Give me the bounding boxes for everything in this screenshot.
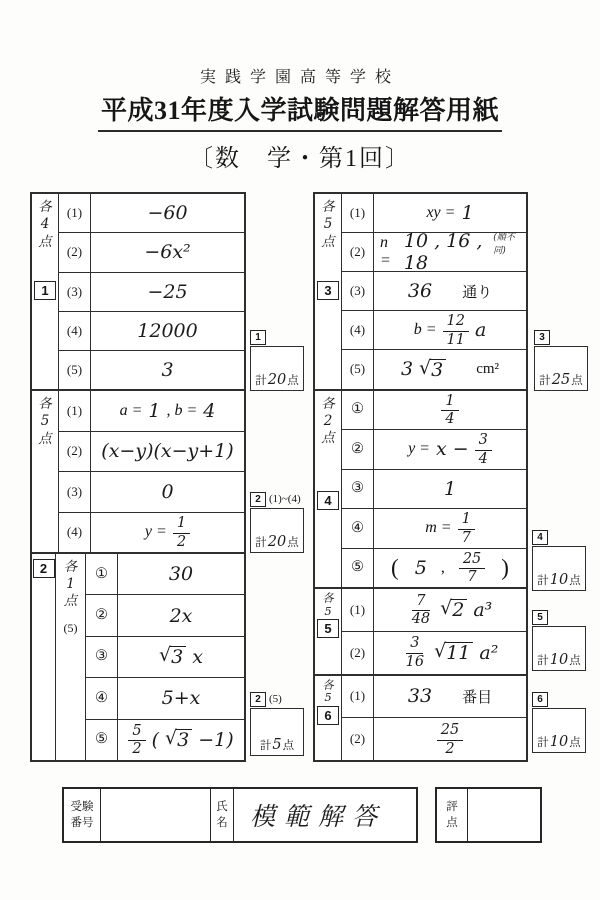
total-suffix: 点 — [283, 737, 295, 753]
answer-cell: (x−y)(x−y+1) — [91, 432, 244, 471]
answer-text: x − — [436, 438, 469, 460]
row-number: ③ — [342, 470, 374, 509]
score-entry-box: 計10点 — [532, 708, 586, 753]
answer-cell: 252 — [374, 718, 526, 760]
fraction: 14 — [441, 394, 458, 428]
answer-cell: 36通り — [374, 272, 526, 310]
fraction: 748 — [408, 594, 434, 628]
answer-row: ②y = x −34 — [342, 429, 526, 469]
score-box-3: 3 計25点 — [534, 330, 588, 391]
answer-text: y = — [408, 440, 430, 458]
answer-text: −1) — [198, 729, 233, 751]
answer-cell: y = 12 — [91, 513, 244, 552]
score-tag-suffix: (5) — [269, 693, 282, 705]
answer-text: a — [475, 319, 486, 341]
problem-number-box: 1 — [34, 281, 56, 300]
problem-number-box: 5 — [317, 619, 339, 638]
square-root: √2 — [440, 599, 467, 621]
name-value: 模範解答 — [234, 797, 386, 833]
points-label: 各 5 — [322, 679, 334, 704]
exam-number-field — [101, 789, 211, 841]
answer-cell: a = 1 , b = 4 — [91, 391, 244, 430]
score-entry-box: 計20点 — [250, 346, 304, 391]
answer-cell: −25 — [91, 273, 244, 311]
row-number: (4) — [342, 311, 374, 349]
row-number: (1) — [59, 194, 91, 232]
total-points: 5 — [272, 737, 281, 753]
square-root: √11 — [434, 642, 473, 664]
section-problem2-parts1-4: 各 5 点 (1)a = 1 , b = 4 (2)(x−y)(x−y+1) (… — [32, 389, 244, 552]
score-entry-box: 計25点 — [534, 346, 588, 391]
row-number: (5) — [342, 350, 374, 388]
answer-row: (4)12000 — [59, 311, 244, 350]
answer-row: ④5+x — [86, 677, 244, 718]
answer-text: , — [441, 559, 445, 577]
fraction: 52 — [128, 724, 145, 758]
total-prefix: 計 — [260, 737, 272, 753]
points-label: 各 2 点 — [321, 396, 335, 448]
answer-cell: 5+x — [118, 678, 244, 718]
answer-cell: √3x — [118, 637, 244, 677]
square-root: √3 — [159, 646, 186, 668]
row-number: ② — [86, 595, 118, 635]
score-box-5: 5 計10点 — [532, 610, 586, 671]
score-entry-box: 計20点 — [250, 508, 304, 553]
answer-text: ( — [391, 555, 399, 581]
answer-text: 2x — [170, 605, 193, 627]
points-label: 各 5 点 — [38, 396, 52, 448]
problem2-number-cell: 2 — [32, 554, 56, 760]
score-box-1: 1 計20点 — [250, 330, 304, 391]
answer-text: xy = — [426, 204, 455, 222]
grade-label: 評 点 — [437, 789, 468, 841]
row-number: (2) — [342, 233, 374, 271]
answer-row: (2)(x−y)(x−y+1) — [59, 431, 244, 471]
total-points: 10 — [550, 652, 568, 668]
total-points: 25 — [552, 372, 570, 388]
row-number: (1) — [59, 391, 91, 430]
answer-cell: −60 — [91, 194, 244, 232]
score-tag-box: 1 — [250, 330, 266, 345]
points-label: 各 5 — [322, 592, 334, 617]
square-root: √3 — [165, 729, 192, 751]
answer-cell: 3√3cm² — [374, 350, 526, 388]
answer-row: (3)−25 — [59, 272, 244, 311]
row-number: ④ — [342, 509, 374, 548]
subject-title: 〔数 学・第1回〕 — [0, 138, 600, 173]
answer-row: (3)0 — [59, 471, 244, 511]
answer-text: −60 — [147, 202, 187, 224]
answer-cell: (5,257) — [374, 549, 526, 588]
answer-text: 1 — [461, 202, 473, 224]
answer-row: (2)n = 10 , 16 , 18(順不同) — [342, 232, 526, 271]
score-tag-box: 6 — [532, 692, 548, 707]
answer-text: 10 , 16 , 18 — [404, 230, 489, 274]
problem-number-box: 2 — [33, 559, 55, 578]
answer-row: ①14 — [342, 391, 526, 430]
total-prefix: 計 — [537, 734, 549, 750]
section-problem2-part5: 2 各 1 点 (5) ①30 ②2x ③√3x ④5+x ⑤52(√3−1) — [32, 552, 244, 760]
part-number-label: (5) — [64, 621, 78, 636]
answer-text: a² — [479, 642, 498, 664]
problem4-label-cell: 各 2 点 4 — [315, 391, 342, 587]
section-problem3: 各 5 点 3 (1)xy = 1 (2)n = 10 , 16 , 18(順不… — [315, 194, 526, 389]
answer-cell: 2x — [118, 595, 244, 635]
answer-text: 4 — [203, 400, 215, 422]
problem2-part5-label-cell: 各 1 点 (5) — [56, 554, 86, 760]
score-tag-box: 2 — [250, 492, 266, 507]
row-number: ① — [342, 391, 374, 430]
row-number: (3) — [342, 272, 374, 310]
answer-row: (5)3 — [59, 350, 244, 389]
total-suffix: 点 — [287, 534, 299, 550]
answer-cell: −6x² — [91, 233, 244, 271]
total-suffix: 点 — [569, 652, 581, 668]
answer-text: x — [192, 646, 203, 668]
answer-cell: 0 — [91, 472, 244, 511]
points-label: 各 5 点 — [321, 199, 335, 251]
answer-cell: m = 17 — [374, 509, 526, 548]
row-number: (2) — [342, 718, 374, 760]
total-suffix: 点 — [287, 372, 299, 388]
header: 実践学園高等学校 平成31年度入学試験問題解答用紙 〔数 学・第1回〕 — [0, 64, 600, 173]
row-number: ② — [342, 430, 374, 469]
points-label: 各 1 点 — [64, 559, 78, 611]
fraction: 12 — [173, 516, 190, 550]
total-points: 10 — [550, 572, 568, 588]
answer-text: n = — [380, 234, 398, 270]
section-problem1: 各 4 点 1 (1)−60 (2)−6x² (3)−25 (4)12000 (… — [32, 194, 244, 389]
answer-cell: 14 — [374, 391, 526, 430]
answer-text: 通り — [462, 281, 492, 302]
problem6-label-cell: 各 5 6 — [315, 676, 342, 760]
answer-cell: 33番目 — [374, 676, 526, 718]
answer-row: ⑤52(√3−1) — [86, 719, 244, 760]
total-prefix: 計 — [539, 372, 551, 388]
score-tag-suffix: (1)~(4) — [269, 493, 301, 505]
row-number: (1) — [342, 194, 374, 232]
answer-text: −25 — [147, 281, 187, 303]
answer-row: ①30 — [86, 554, 244, 594]
answer-row: (4)y = 12 — [59, 512, 244, 552]
answer-table-right: 各 5 点 3 (1)xy = 1 (2)n = 10 , 16 , 18(順不… — [313, 192, 528, 762]
fraction: 17 — [458, 512, 475, 546]
total-suffix: 点 — [571, 372, 583, 388]
row-number: (5) — [59, 351, 91, 389]
answer-row: (5)3√3cm² — [342, 349, 526, 388]
answer-row: (2)316√11a² — [342, 631, 526, 674]
answer-text: 1 — [444, 478, 456, 500]
answer-text: 番目 — [462, 686, 492, 707]
points-label: 各 4 点 — [38, 199, 52, 251]
answer-text: , b = — [167, 402, 198, 420]
row-number: (4) — [59, 513, 91, 552]
answer-row: (3)36通り — [342, 271, 526, 310]
fraction: 252 — [437, 723, 463, 757]
answer-row: ③√3x — [86, 636, 244, 677]
answer-cell: y = x −34 — [374, 430, 526, 469]
answer-cell: 316√11a² — [374, 632, 526, 674]
section-problem6: 各 5 6 (1)33番目 (2)252 — [315, 674, 526, 760]
answer-cell: 30 — [118, 554, 244, 594]
answer-table-left: 各 4 点 1 (1)−60 (2)−6x² (3)−25 (4)12000 (… — [30, 192, 246, 762]
problem2-label-cell: 各 5 点 — [32, 391, 59, 552]
answer-row: ②2x — [86, 594, 244, 635]
score-entry-box: 計10点 — [532, 626, 586, 671]
answer-row: (1)33番目 — [342, 676, 526, 718]
row-number: ⑤ — [342, 549, 374, 588]
answer-text: 33 — [408, 685, 432, 707]
answer-cell: n = 10 , 16 , 18(順不同) — [374, 233, 526, 271]
score-box-6: 6 計10点 — [532, 692, 586, 753]
answer-text: (x−y)(x−y+1) — [101, 440, 233, 462]
answer-cell: 748√2a³ — [374, 589, 526, 631]
answer-text: 5 — [415, 557, 427, 579]
answer-text: a = — [120, 402, 143, 420]
fraction: 34 — [475, 433, 492, 467]
answer-row: (4)b = 1211a — [342, 310, 526, 349]
answer-cell: xy = 1 — [374, 194, 526, 232]
school-name: 実践学園高等学校 — [0, 64, 600, 87]
score-box-2-part5: 2(5) 計5点 — [250, 692, 304, 756]
problem-number-box: 4 — [317, 491, 339, 510]
total-points: 20 — [268, 534, 286, 550]
problem-number-box: 3 — [317, 281, 339, 300]
answer-text: 3 — [401, 358, 413, 380]
score-box-4: 4 計10点 — [532, 530, 586, 591]
problem3-label-cell: 各 5 点 3 — [315, 194, 342, 389]
row-number: ① — [86, 554, 118, 594]
answer-row: (1)748√2a³ — [342, 589, 526, 631]
score-tag-box: 4 — [532, 530, 548, 545]
total-prefix: 計 — [255, 534, 267, 550]
score-entry-box: 計10点 — [532, 546, 586, 591]
score-box-2-parts1-4: 2(1)~(4) 計20点 — [250, 492, 304, 553]
exam-number-label: 受験 番号 — [64, 789, 101, 841]
row-number: (1) — [342, 589, 374, 631]
answer-text: −6x² — [144, 241, 190, 263]
answer-text: (順不同) — [493, 230, 520, 256]
grade-field — [468, 789, 540, 841]
total-suffix: 点 — [569, 734, 581, 750]
answer-row: (1)xy = 1 — [342, 194, 526, 232]
answer-cell: b = 1211a — [374, 311, 526, 349]
answer-text: ) — [501, 555, 509, 581]
answer-text: ( — [152, 729, 159, 751]
answer-text: a³ — [473, 599, 492, 621]
row-number: (3) — [59, 273, 91, 311]
answer-row: ④m = 17 — [342, 508, 526, 548]
answer-cell: 12000 — [91, 312, 244, 350]
row-number: (3) — [59, 472, 91, 511]
row-number: (4) — [59, 312, 91, 350]
square-root: √3 — [419, 359, 446, 381]
score-tag-box: 2 — [250, 692, 266, 707]
answer-cell: 52(√3−1) — [118, 720, 244, 760]
sheet-title: 平成31年度入学試験問題解答用紙 — [98, 90, 502, 132]
total-suffix: 点 — [569, 572, 581, 588]
total-prefix: 計 — [255, 372, 267, 388]
problem5-label-cell: 各 5 5 — [315, 589, 342, 673]
row-number: (2) — [342, 632, 374, 674]
answer-text: 12000 — [137, 320, 197, 342]
total-points: 20 — [268, 372, 286, 388]
answer-cell: 3 — [91, 351, 244, 389]
answer-text: 36 — [408, 280, 432, 302]
problem1-label-cell: 各 4 点 1 — [32, 194, 59, 389]
score-tag-box: 3 — [534, 330, 550, 345]
answer-text: y = — [145, 523, 167, 541]
answer-row: (2)−6x² — [59, 232, 244, 271]
answer-text: cm² — [476, 361, 499, 378]
answer-cell: 1 — [374, 470, 526, 509]
row-number: (2) — [59, 432, 91, 471]
score-entry-box: 計5点 — [250, 708, 304, 756]
answer-sheet-page: 実践学園高等学校 平成31年度入学試験問題解答用紙 〔数 学・第1回〕 各 4 … — [0, 0, 600, 900]
row-number: ⑤ — [86, 720, 118, 760]
answer-text: 3 — [161, 359, 173, 381]
examinee-info-box: 受験 番号 氏 名 模範解答 — [62, 787, 418, 843]
answer-text: 0 — [161, 481, 173, 503]
section-problem4: 各 2 点 4 ①14 ②y = x −34 ③1 ④m = 17 ⑤(5,25… — [315, 389, 526, 587]
answer-row: ③1 — [342, 469, 526, 509]
answer-text: b = — [414, 321, 437, 339]
row-number: ④ — [86, 678, 118, 718]
problem-number-box: 6 — [317, 706, 339, 725]
answer-text: 30 — [169, 563, 193, 585]
name-field: 模範解答 — [234, 789, 416, 841]
answer-text: 5+x — [162, 687, 201, 709]
fraction: 1211 — [443, 314, 469, 348]
answer-row: (1)−60 — [59, 194, 244, 232]
answer-text: m = — [425, 519, 451, 537]
score-tag-box: 5 — [532, 610, 548, 625]
total-prefix: 計 — [537, 572, 549, 588]
answer-text: 1 — [148, 400, 160, 422]
grade-box: 評 点 — [435, 787, 542, 843]
total-prefix: 計 — [537, 652, 549, 668]
answer-row: ⑤(5,257) — [342, 548, 526, 588]
answer-row: (2)252 — [342, 717, 526, 760]
answer-row: (1)a = 1 , b = 4 — [59, 391, 244, 430]
name-label: 氏 名 — [211, 789, 234, 841]
fraction: 257 — [459, 552, 485, 586]
row-number: (1) — [342, 676, 374, 718]
section-problem5: 各 5 5 (1)748√2a³ (2)316√11a² — [315, 587, 526, 673]
row-number: ③ — [86, 637, 118, 677]
total-points: 10 — [550, 734, 568, 750]
row-number: (2) — [59, 233, 91, 271]
fraction: 316 — [402, 636, 428, 670]
